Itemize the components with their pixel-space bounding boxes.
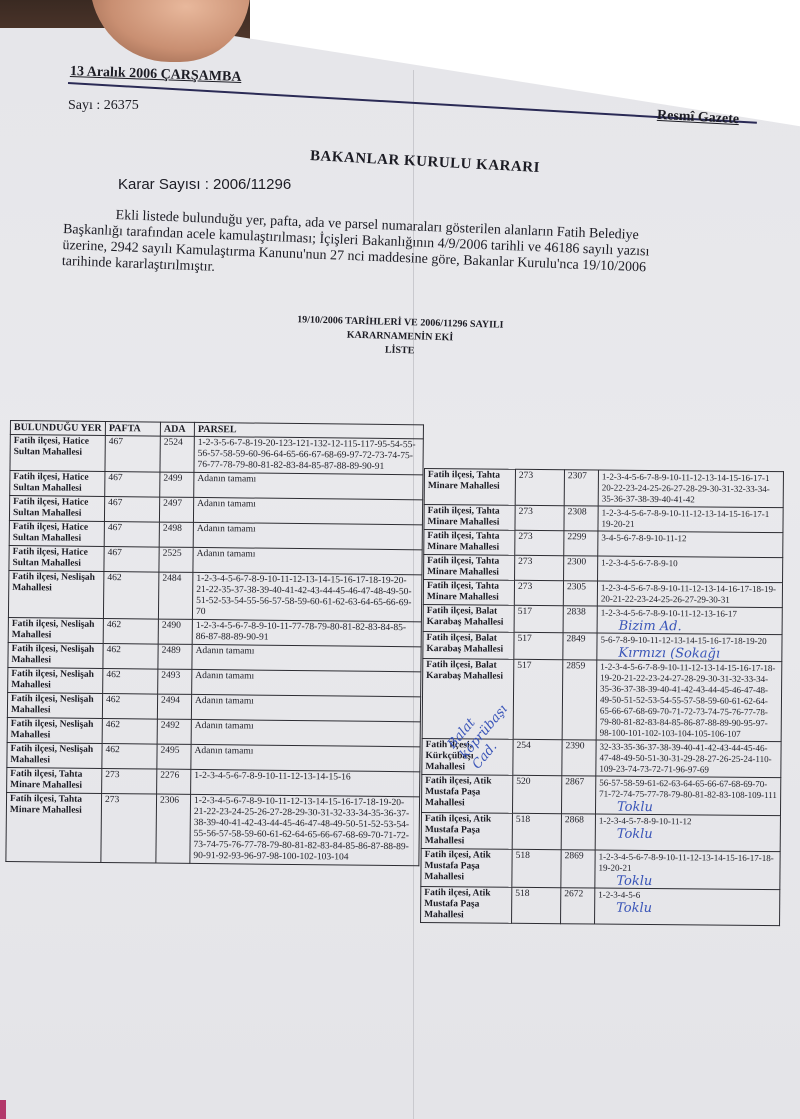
cell-ada: 2489 — [158, 644, 192, 669]
cell-parsel: Adanın tamamı — [192, 644, 421, 671]
cell-ada: 2306 — [156, 794, 191, 863]
ada-value: 2489 — [162, 646, 181, 656]
pafta-value: 273 — [518, 557, 532, 567]
handwritten-note: Kırmızı (Sokağı — [600, 648, 778, 661]
yer-value: Fatih ilçesi, Hatice Sultan Mahallesi — [12, 547, 87, 569]
ada-value: 2276 — [160, 771, 179, 781]
ada-value: 2308 — [568, 507, 587, 517]
pafta-value: 517 — [518, 607, 532, 617]
cell-yer: Fatih ilçesi, Hatice Sultan Mahallesi — [10, 435, 105, 472]
parsel-value: Adanın tamamı — [195, 721, 254, 732]
parsel-value: Adanın tamamı — [195, 696, 254, 707]
cell-parsel: Adanın tamamı — [193, 522, 422, 549]
annex-heading: 19/10/2006 TARİHLERİ VE 2006/11296 SAYIL… — [269, 313, 530, 362]
cell-yer: Fatih ilçesi, Neslişah Mahallesi — [8, 617, 103, 643]
cell-yer: Fatih ilçesi, Neslişah Mahallesi — [7, 742, 102, 768]
yer-value: Fatih ilçesi, Atik Mustafa Paşa Mahalles… — [424, 888, 491, 920]
ada-value: 2390 — [566, 741, 585, 751]
cell-yer: Fatih ilçesi, Neslişah Mahallesi — [8, 642, 103, 668]
ada-value: 2300 — [567, 557, 586, 567]
table-row: Fatih ilçesi, Tahta Minare Mahallesi2732… — [424, 505, 783, 533]
cell-ada: 2484 — [158, 572, 192, 619]
cell-ada: 2524 — [160, 436, 194, 472]
cell-pafta: 467 — [104, 521, 159, 547]
cell-ada: 2494 — [157, 694, 191, 719]
yer-value: Fatih ilçesi, Neslişah Mahallesi — [12, 572, 95, 593]
cell-ada: 2307 — [564, 470, 598, 506]
cell-pafta: 462 — [102, 693, 157, 719]
table-row: Fatih ilçesi, Neslişah Mahallesi46224841… — [8, 570, 421, 621]
parsel-value: 1-2-3-4-5-6-7-8-9-10-11-12-13-14-15-16 — [194, 771, 350, 783]
table-row: Fatih ilçesi, Balat Karabaş Mahallesi517… — [423, 604, 782, 634]
yer-value: Fatih ilçesi, Atik Mustafa Paşa Mahalles… — [424, 850, 491, 882]
ada-value: 2525 — [163, 549, 182, 559]
table-row: Fatih ilçesi, Tahta Minare Mahallesi2732… — [424, 530, 783, 558]
cell-ada: 2859 — [562, 660, 597, 740]
cell-pafta: 462 — [103, 571, 158, 619]
parsel-value: 1-2-3-4-5-6-7-8-9-10-11-12-13-14-15-16-1… — [602, 472, 770, 505]
yer-value: Fatih ilçesi, Hatice Sultan Mahallesi — [13, 472, 88, 494]
yer-value: Fatih ilçesi, Balat Karabaş Mahallesi — [426, 660, 503, 682]
table-row: Fatih ilçesi, Balat Karabaş Mahallesi517… — [423, 631, 782, 661]
cell-pafta: 467 — [104, 496, 159, 522]
cell-yer: Fatih ilçesi, Neslişah Mahallesi — [8, 667, 103, 693]
cell-pafta: 520 — [512, 775, 561, 813]
cell-ada: 2490 — [158, 619, 192, 644]
cell-parsel: 1-2-3-4-5-6Toklu — [595, 888, 780, 926]
cell-ada: 2493 — [158, 669, 192, 694]
cell-yer: Fatih ilçesi, Atik Mustafa Paşa Mahalles… — [421, 812, 512, 849]
cell-yer: Fatih ilçesi, Atik Mustafa Paşa Mahalles… — [421, 848, 512, 887]
parsel-value: 1-2-3-4-5-6-7-8-9-10 — [601, 558, 678, 569]
pafta-value: 462 — [107, 645, 121, 655]
pafta-value: 462 — [105, 745, 119, 755]
yer-value: Fatih ilçesi, Tahta Minare Mahallesi — [427, 556, 499, 578]
cell-ada: 2308 — [564, 506, 598, 531]
parsel-value: Adanın tamamı — [194, 746, 253, 757]
table-row: Fatih ilçesi, Tahta Minare Mahallesi2732… — [424, 555, 783, 583]
cell-pafta: 273 — [515, 555, 564, 580]
cell-pafta: 273 — [515, 469, 564, 505]
parsel-value: 56-57-58-59-61-62-63-64-65-66-67-68-69-7… — [599, 778, 777, 801]
yer-value: Fatih ilçesi, Neslişah Mahallesi — [11, 644, 94, 665]
cell-ada: 2390 — [562, 740, 596, 776]
cell-yer: Fatih ilçesi, Tahta Minare Mahallesi — [424, 530, 515, 556]
cell-parsel: 1-2-3-4-5-6-7-8-9-10-11-12-13-14-15-16-1… — [598, 470, 783, 508]
ada-value: 2499 — [163, 474, 182, 484]
ada-value: 2306 — [160, 796, 179, 806]
cell-ada: 2869 — [561, 850, 595, 888]
cell-yer: Fatih ilçesi, Tahta Minare Mahallesi — [7, 767, 102, 793]
yer-value: Fatih ilçesi, Neslişah Mahallesi — [11, 694, 94, 715]
ada-value: 2672 — [564, 889, 583, 899]
decision-title: BAKANLAR KURULU KARARI — [310, 148, 541, 177]
yer-value: Fatih ilçesi, Neslişah Mahallesi — [10, 744, 93, 765]
cell-parsel: 56-57-58-59-61-62-63-64-65-66-67-68-69-7… — [595, 776, 780, 816]
parsel-value: 1-2-3-4-5-6-7-8-9-10-11-12-13-14-15-16-1… — [601, 508, 769, 529]
pafta-value: 273 — [105, 770, 119, 780]
cell-parsel: 1-2-3-4-5-6-7-8-9-10 — [598, 556, 783, 583]
cell-ada: 2499 — [160, 472, 194, 497]
handwritten-note: Toklu — [598, 876, 776, 889]
yer-value: Fatih ilçesi, Balat Karabaş Mahallesi — [426, 633, 503, 655]
pafta-value: 467 — [108, 473, 122, 483]
cell-parsel: 1-2-3-4-5-6-7-8-9-10-11-12-13-14-15-16-1… — [192, 572, 421, 621]
cell-parsel: 1-2-3-4-5-6-7-8-9-10-11-77-78-79-80-81-8… — [192, 619, 421, 646]
pafta-value: 517 — [517, 634, 531, 644]
cell-pafta: 517 — [514, 605, 563, 632]
cell-parsel: 1-2-3-4-5-6-7-8-9-10-11-12-13-14-15-16-1… — [598, 506, 783, 533]
table-row: Fatih ilçesi, Hatice Sultan Mahallesi467… — [10, 435, 423, 475]
cell-ada: 2495 — [157, 744, 191, 769]
table-row: Fatih ilçesi, Tahta Minare Mahallesi2732… — [423, 580, 782, 608]
table-row: Fatih ilçesi, Tahta Minare Mahallesi2732… — [424, 469, 783, 508]
cell-yer: Fatih ilçesi, Tahta Minare Mahallesi — [6, 792, 102, 862]
decision-body: Ekli listede bulunduğu yer, pafta, ada v… — [62, 206, 754, 296]
cell-pafta: 467 — [105, 471, 160, 497]
table-row: Fatih ilçesi, Atik Mustafa Paşa Mahalles… — [421, 848, 780, 889]
cell-yer: Fatih ilçesi, Tahta Minare Mahallesi — [423, 580, 514, 606]
cell-parsel: 1-2-3-4-5-6-7-8-9-10-11-12-13-14-16-17-1… — [597, 581, 782, 608]
header-pafta: PAFTA — [105, 422, 160, 437]
pafta-value: 467 — [109, 437, 123, 447]
table-row: Fatih ilçesi, Atik Mustafa Paşa Mahalles… — [421, 774, 780, 815]
cell-ada: 2498 — [159, 522, 193, 547]
pafta-value: 273 — [518, 532, 532, 542]
ada-value: 2305 — [567, 582, 586, 592]
cell-pafta: 462 — [103, 643, 158, 669]
cell-yer: Fatih ilçesi, Balat Karabaş Mahallesi — [423, 631, 514, 659]
cell-parsel: 1-2-3-4-5-6-7-8-9-10-11-12-13-14-15-16-1… — [595, 850, 780, 890]
handwritten-note: Toklu — [599, 829, 777, 842]
pafta-value: 518 — [516, 851, 530, 861]
ada-value: 2524 — [164, 438, 183, 448]
ada-value: 2849 — [566, 634, 585, 644]
cell-pafta: 467 — [105, 435, 160, 472]
handwritten-note: Toklu — [599, 802, 777, 815]
cell-parsel: 1-2-3-4-5-6-7-8-9-10-11-12-13-14-15-16 — [191, 769, 420, 796]
parsel-value: Adanın tamamı — [197, 499, 256, 510]
cell-ada: 2868 — [561, 814, 595, 850]
parsel-value: 32-33-35-36-37-38-39-40-41-42-43-44-45-4… — [599, 742, 771, 775]
parsel-value: Adanın tamamı — [197, 549, 256, 560]
pafta-value: 462 — [106, 695, 120, 705]
edge-mark — [0, 1100, 6, 1119]
ada-value: 2492 — [161, 721, 180, 731]
cell-pafta: 273 — [515, 530, 564, 555]
pafta-value: 462 — [106, 670, 120, 680]
cell-yer: Fatih ilçesi, Atik Mustafa Paşa Mahalles… — [421, 886, 512, 923]
cell-parsel: Adanın tamamı — [191, 719, 420, 746]
cell-parsel: 1-2-3-5-6-7-8-19-20-123-121-132-12-115-1… — [194, 436, 423, 474]
cell-parsel: 1-2-3-4-5-6-7-8-9-10-11-12-13-14-15-16-1… — [596, 660, 782, 742]
cell-pafta: 467 — [104, 546, 159, 572]
pafta-value: 273 — [519, 507, 533, 517]
pafta-value: 518 — [516, 815, 530, 825]
issue-number: Sayı : 26375 — [68, 98, 139, 114]
ada-value: 2869 — [565, 851, 584, 861]
header-rule — [68, 82, 757, 124]
parsel-value: 1-2-3-4-5-6-7-8-9-10-11-12-13-14-16-17-1… — [601, 583, 776, 605]
cell-parsel: 1-2-3-4-5-6-7-8-9-10-11-12-13-14-15-16-1… — [190, 794, 420, 865]
pafta-value: 273 — [105, 795, 119, 805]
cell-ada: 2300 — [564, 556, 598, 581]
pafta-value: 462 — [107, 620, 121, 630]
cell-yer: Fatih ilçesi, Neslişah Mahallesi — [8, 570, 103, 618]
yer-value: Fatih ilçesi, Hatice Sultan Mahallesi — [13, 522, 88, 544]
handwritten-note: Bizim Ad. — [601, 621, 779, 634]
pafta-value: 467 — [108, 498, 122, 508]
parsel-value: 3-4-5-6-7-8-9-10-11-12 — [601, 533, 686, 544]
ada-value: 2498 — [163, 524, 182, 534]
cell-ada: 2305 — [563, 581, 597, 606]
ada-value: 2859 — [566, 661, 585, 671]
ada-value: 2490 — [162, 621, 181, 631]
cell-pafta: 518 — [512, 813, 561, 849]
cell-yer: Fatih ilçesi, Hatice Sultan Mahallesi — [9, 520, 104, 546]
cell-yer: Fatih ilçesi, Hatice Sultan Mahallesi — [9, 496, 104, 522]
cell-parsel: Adanın tamamı — [191, 744, 420, 771]
pafta-value: 273 — [518, 582, 532, 592]
cell-yer: Fatih ilçesi, Neslişah Mahallesi — [7, 692, 102, 718]
cell-pafta: 273 — [101, 793, 157, 863]
parsel-value: Adanın tamamı — [197, 524, 256, 535]
pafta-value: 520 — [516, 777, 530, 787]
table-row: Fatih ilçesi, Tahta Minare Mahallesi2732… — [6, 792, 420, 865]
header-ada: ADA — [160, 422, 194, 436]
pafta-value: 273 — [519, 471, 533, 481]
cell-parsel: Adanın tamamı — [192, 669, 421, 696]
cell-pafta: 462 — [102, 718, 157, 744]
cell-ada: 2838 — [563, 606, 597, 633]
publication-name: Resmî Gazete — [657, 108, 740, 128]
cell-yer: Fatih ilçesi, Neslişah Mahallesi — [7, 717, 102, 743]
ada-value: 2493 — [161, 671, 180, 681]
header-yer: BULUNDUĞU YER — [10, 421, 105, 436]
parsel-value: 5-6-7-8-9-10-11-12-13-14-15-16-17-18-19-… — [600, 635, 766, 646]
cell-pafta: 273 — [515, 505, 564, 530]
parsel-value: Adanın tamamı — [197, 474, 256, 485]
parsel-value: Adanın tamamı — [195, 671, 254, 682]
yer-value: Fatih ilçesi, Atik Mustafa Paşa Mahalles… — [425, 776, 492, 808]
cell-yer: Fatih ilçesi, Tahta Minare Mahallesi — [424, 505, 515, 531]
ada-value: 2867 — [565, 777, 584, 787]
cell-parsel: Adanın tamamı — [193, 497, 422, 524]
cell-parsel: Adanın tamamı — [194, 472, 423, 499]
pafta-value: 462 — [106, 720, 120, 730]
parsel-value: Adanın tamamı — [196, 646, 255, 657]
yer-value: Fatih ilçesi, Tahta Minare Mahallesi — [427, 531, 499, 553]
ada-value: 2497 — [163, 499, 182, 509]
cell-yer: Fatih ilçesi, Hatice Sultan Mahallesi — [9, 545, 104, 571]
yer-value: Fatih ilçesi, Hatice Sultan Mahallesi — [14, 436, 89, 458]
parsel-value: 1-2-3-4-5-6-7-8-9-10-11-12-13-14-15-16-1… — [600, 662, 776, 739]
cell-parsel: 3-4-5-6-7-8-9-10-11-12 — [598, 531, 783, 558]
parsel-value: 1-2-3-4-5-6-7-8-9-10-11-12-13-14-15-16-1… — [598, 852, 773, 873]
parsel-value: 1-2-3-4-5-7-8-9-10-11-12 — [599, 816, 692, 827]
cell-parsel: 32-33-35-36-37-38-39-40-41-42-43-44-45-4… — [596, 740, 781, 778]
pafta-value: 467 — [108, 523, 122, 533]
yer-value: Fatih ilçesi, Neslişah Mahallesi — [12, 619, 95, 640]
yer-value: Fatih ilçesi, Balat Karabaş Mahallesi — [427, 606, 504, 628]
cell-ada: 2672 — [561, 888, 595, 924]
cell-parsel: Adanın tamamı — [193, 547, 422, 574]
ada-value: 2495 — [160, 746, 179, 756]
cell-ada: 2849 — [563, 633, 597, 660]
cell-yer: Fatih ilçesi, Hatice Sultan Mahallesi — [10, 471, 105, 497]
cell-ada: 2299 — [564, 531, 598, 556]
cell-yer: Fatih ilçesi, Balat Karabaş Mahallesi — [423, 604, 514, 632]
table-row: Fatih ilçesi, Atik Mustafa Paşa Mahalles… — [421, 812, 780, 851]
yer-value: Fatih ilçesi, Atik Mustafa Paşa Mahalles… — [425, 814, 492, 846]
yer-value: Fatih ilçesi, Hatice Sultan Mahallesi — [13, 497, 88, 519]
cell-pafta: 518 — [512, 849, 561, 887]
ada-value: 2868 — [565, 815, 584, 825]
cell-yer: Fatih ilçesi, Tahta Minare Mahallesi — [424, 469, 515, 506]
yer-value: Fatih ilçesi, Neslişah Mahallesi — [11, 719, 94, 740]
pafta-value: 462 — [107, 573, 121, 583]
parsel-value: 1-2-3-4-5-6-7-8-9-10-11-77-78-79-80-81-8… — [196, 621, 406, 643]
cell-ada: 2492 — [157, 719, 191, 744]
cell-parsel: Adanın tamamı — [191, 694, 420, 721]
cell-pafta: 462 — [102, 743, 157, 769]
handwritten-note: Toklu — [598, 903, 776, 916]
ada-value: 2307 — [568, 471, 587, 481]
cell-pafta: 518 — [512, 887, 561, 923]
cell-ada: 2276 — [157, 769, 191, 794]
parsel-value: 1-2-3-4-5-6-7-8-9-10-11-12-13-14-15-16-1… — [196, 574, 412, 617]
cell-ada: 2867 — [561, 776, 595, 814]
parsel-value: 1-2-3-5-6-7-8-19-20-123-121-132-12-115-1… — [197, 438, 415, 472]
parsel-value: 1-2-3-4-5-6-7-8-9-10-11-12-13-14-15-16-1… — [193, 796, 409, 863]
table-row: Fatih ilçesi, Atik Mustafa Paşa Mahalles… — [421, 886, 780, 925]
ada-value: 2838 — [567, 607, 586, 617]
pafta-value: 467 — [108, 548, 122, 558]
cell-pafta: 273 — [102, 768, 157, 794]
parsel-value: 1-2-3-4-5-6 — [598, 890, 640, 900]
cell-parsel: 1-2-3-4-5-7-8-9-10-11-12Toklu — [595, 814, 780, 852]
cell-parsel: 5-6-7-8-9-10-11-12-13-14-15-16-17-18-19-… — [597, 633, 782, 662]
yer-value: Fatih ilçesi, Tahta Minare Mahallesi — [427, 506, 499, 528]
ada-value: 2299 — [567, 532, 586, 542]
parsel-value: 1-2-3-4-5-6-7-8-9-10-11-12-13-16-17 — [601, 608, 737, 619]
pafta-value: 518 — [515, 889, 529, 899]
cell-pafta: 273 — [514, 580, 563, 605]
parcel-table-left: BULUNDUĞU YER PAFTA ADA PARSEL Fatih ilç… — [5, 420, 424, 866]
cell-pafta: 462 — [103, 618, 158, 644]
yer-value: Fatih ilçesi, Tahta Minare Mahallesi — [427, 581, 499, 603]
cell-parsel: 1-2-3-4-5-6-7-8-9-10-11-12-13-16-17Bizim… — [597, 606, 782, 635]
ada-value: 2494 — [161, 696, 180, 706]
cell-pafta: 462 — [103, 668, 158, 694]
decision-number: Karar Sayısı : 2006/11296 — [118, 176, 291, 193]
parcel-table-right: Fatih ilçesi, Tahta Minare Mahallesi2732… — [420, 468, 784, 926]
yer-value: Fatih ilçesi, Neslişah Mahallesi — [11, 669, 94, 690]
cell-ada: 2525 — [159, 547, 193, 572]
yer-value: Fatih ilçesi, Tahta Minare Mahallesi — [10, 794, 82, 816]
cell-ada: 2497 — [159, 497, 193, 522]
yer-value: Fatih ilçesi, Tahta Minare Mahallesi — [428, 470, 500, 492]
ada-value: 2484 — [162, 574, 181, 584]
yer-value: Fatih ilçesi, Tahta Minare Mahallesi — [10, 769, 82, 791]
cell-pafta: 517 — [514, 632, 563, 659]
cell-yer: Fatih ilçesi, Tahta Minare Mahallesi — [424, 555, 515, 581]
document: 13 Aralık 2006 ÇARŞAMBA Sayı : 26375 Res… — [0, 0, 800, 1119]
